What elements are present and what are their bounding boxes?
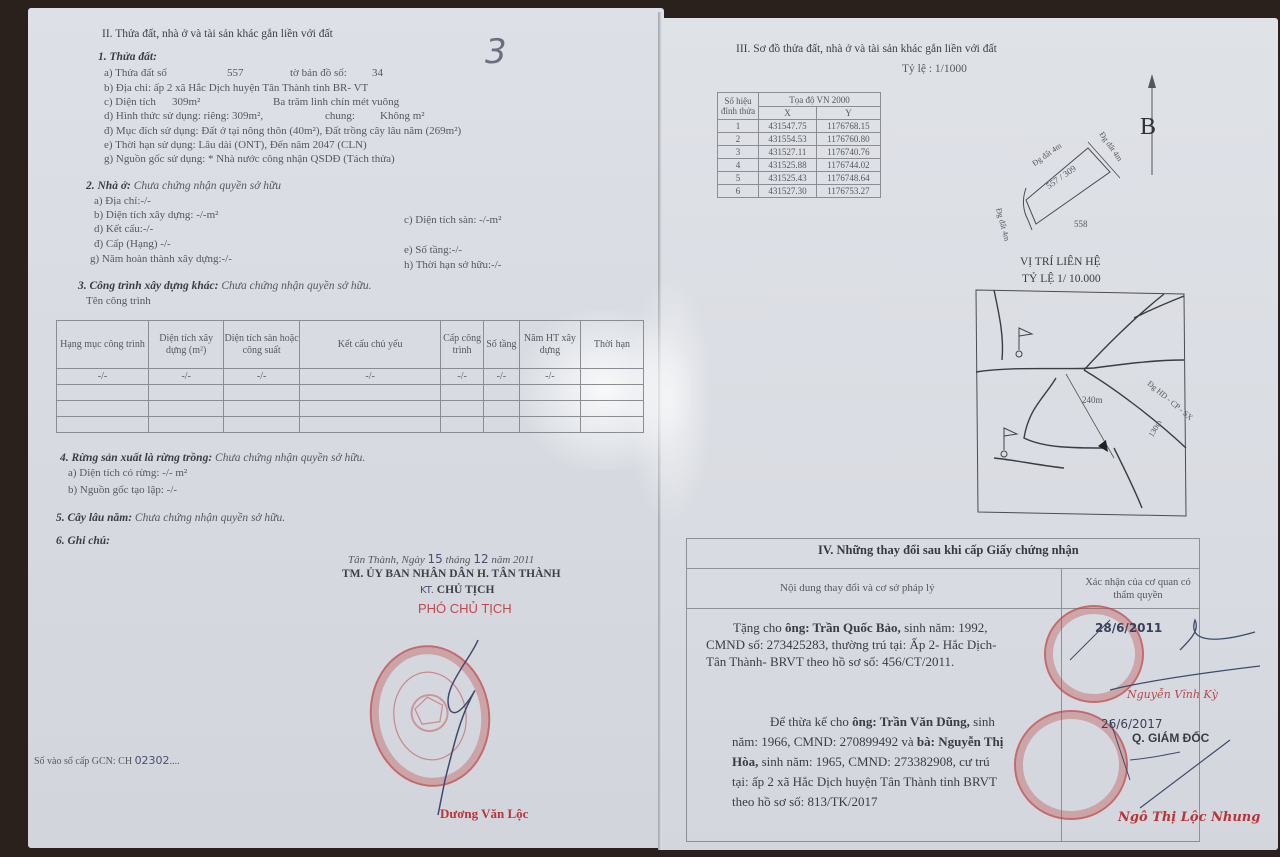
table-cell — [148, 401, 223, 417]
location-map-title: VỊ TRÍ LIÊN HỆ — [1020, 256, 1101, 268]
table-row: 2431554.531176760.80 — [718, 133, 881, 146]
forest-status: Chưa chứng nhận quyền sở hữu. — [215, 452, 365, 464]
table-cell — [580, 385, 643, 401]
table-cell — [483, 401, 519, 417]
table-cell — [299, 385, 441, 401]
col-header: Thời hạn — [580, 321, 643, 369]
change-entry-1-line2: CMND số: 273425283, thường trú tại: Ấp 2… — [706, 637, 997, 653]
signature-org: TM. ỦY BAN NHÂN DÂN H. TÂN THÀNH — [342, 568, 561, 580]
col-header: Diện tích xây dựng (m²) — [148, 321, 223, 369]
coordinate-table: Số hiệu đỉnh thửa Tọa độ VN 2000 X Y 143… — [717, 92, 881, 198]
change-entry-2-line3: Hòa, sinh năm: 1965, CMND: 273382908, cư… — [732, 754, 990, 770]
signature-day: 15 — [427, 552, 442, 566]
table-cell — [299, 417, 441, 433]
col-header: Hạng mục công trình — [57, 321, 149, 369]
col-header: Số tầng — [483, 321, 519, 369]
table-row: 1431547.751176768.15 — [718, 120, 881, 133]
table-cell — [441, 417, 483, 433]
section-ii-title: II. Thửa đất, nhà ở và tài sản khác gắn … — [102, 28, 333, 40]
land-term: e) Thời hạn sử dụng: Lâu dài (ONT), Đến … — [104, 139, 367, 151]
coord-x: 431527.30 — [759, 185, 817, 198]
forest-section: 4. Rừng sản xuất là rừng trồng: Chưa chứ… — [60, 452, 365, 464]
table-cell — [299, 401, 441, 417]
table-cell — [148, 417, 223, 433]
forest-heading: 4. Rừng sản xuất là rừng trồng: — [60, 452, 212, 464]
signature-year: năm 2011 — [491, 554, 534, 566]
forest-area: a) Diện tích có rừng: -/- m² — [68, 467, 187, 479]
signature-month-label: tháng — [446, 554, 471, 566]
col-header-point: Số hiệu đỉnh thửa — [718, 93, 759, 120]
col-header: Năm HT xây dựng — [519, 321, 580, 369]
land-area-words: Ba trăm linh chín mét vuông — [273, 96, 399, 108]
land-purpose: đ) Mục đích sử dụng: Đất ở tại nông thôn… — [104, 125, 461, 137]
table-cell: -/- — [57, 369, 149, 385]
perennial-section: 5. Cây lâu năm: Chưa chứng nhận quyền sở… — [56, 512, 285, 524]
coord-y: 1176744.02 — [816, 159, 880, 172]
forest-origin: b) Nguồn gốc tạo lập: -/- — [68, 484, 177, 496]
change-entry-1-line3: Tân Thành- BRVT theo hồ sơ số: 456/CT/20… — [706, 654, 954, 670]
changes-title: IV. Những thay đổi sau khi cấp Giấy chứn… — [818, 543, 1079, 558]
house-floors: e) Số tầng:-/- — [404, 244, 462, 256]
table-row: 5431525.431176748.64 — [718, 172, 881, 185]
coord-x: 431547.75 — [759, 120, 817, 133]
notes-heading: 6. Ghi chú: — [56, 535, 110, 547]
signer-name: Dương Văn Lộc — [440, 806, 528, 822]
change-entry-2-line5: theo hồ sơ số: 813/TK/2017 — [732, 794, 878, 810]
perennial-status: Chưa chứng nhận quyền sở hữu. — [135, 512, 285, 524]
table-cell — [224, 385, 299, 401]
table-row — [57, 385, 644, 401]
registry-number: Số vào sổ cấp GCN: CH 02302.... — [34, 754, 180, 767]
table-row: -/- -/- -/- -/- -/- -/- -/- — [57, 369, 644, 385]
registry-value: 02302 — [135, 754, 170, 767]
land-parcel-label: a) Thửa đất số — [104, 67, 167, 79]
land-heading: 1. Thửa đất: — [98, 51, 157, 63]
land-usage-shared-value: Không m² — [380, 110, 425, 122]
point-id: 3 — [718, 146, 759, 159]
point-id: 6 — [718, 185, 759, 198]
registry-label: Số vào sổ cấp GCN: CH — [34, 756, 132, 767]
table-row — [57, 417, 644, 433]
table-cell — [441, 401, 483, 417]
changes-col-content: Nội dung thay đổi và cơ sở pháp lý — [780, 582, 935, 594]
land-parcel-number: 557 — [227, 67, 244, 79]
signature-sub-role: PHÓ CHỦ TỊCH — [418, 601, 512, 616]
table-cell — [441, 385, 483, 401]
table-row: 6431527.301176753.27 — [718, 185, 881, 198]
handwritten-page-mark: 3 — [485, 32, 507, 72]
col-header-y: Y — [816, 107, 880, 120]
point-id: 1 — [718, 120, 759, 133]
coord-x: 431525.88 — [759, 159, 817, 172]
table-cell — [519, 401, 580, 417]
construction-table: Hạng mục công trình Diện tích xây dựng (… — [56, 320, 644, 433]
house-floor-area: c) Diện tích sàn: -/-m² — [404, 214, 501, 226]
construction-heading: 3. Công trình xây dựng khác: — [78, 280, 218, 292]
table-cell: -/- — [224, 369, 299, 385]
col-header-system: Tọa độ VN 2000 — [759, 93, 881, 107]
coord-x: 431525.43 — [759, 172, 817, 185]
table-row: 4431525.881176744.02 — [718, 159, 881, 172]
land-origin: g) Nguồn gốc sử dụng: * Nhà nước công nh… — [104, 153, 395, 165]
col-header: Cấp công trình — [441, 321, 483, 369]
signature-date: Tân Thành, Ngày 15 tháng 12 năm 2011 — [348, 552, 534, 566]
perennial-heading: 5. Cây lâu năm: — [56, 512, 132, 524]
col-header: Diện tích sàn hoặc công suất — [224, 321, 299, 369]
signature-role-title: CHỦ TỊCH — [437, 584, 495, 596]
house-section: 2. Nhà ở: Chưa chứng nhận quyền sở hữu — [86, 180, 281, 192]
table-cell: -/- — [483, 369, 519, 385]
parcel-marker-icon — [1098, 440, 1108, 452]
table-cell — [224, 417, 299, 433]
house-build-area: b) Diện tích xây dựng: -/-m² — [94, 209, 218, 221]
table-cell — [57, 401, 149, 417]
signature-scribble-icon — [1100, 700, 1240, 810]
table-cell: -/- — [441, 369, 483, 385]
coord-y: 1176753.27 — [816, 185, 880, 198]
table-cell — [483, 417, 519, 433]
confirm-signer-2: Ngô Thị Lộc Nhung — [1118, 810, 1260, 825]
land-area-value: 309m² — [172, 96, 200, 108]
land-map-number: 34 — [372, 67, 383, 79]
coord-y: 1176768.15 — [816, 120, 880, 133]
sketch-scale: Tỷ lệ : 1/1000 — [902, 63, 967, 75]
coord-x: 431554.53 — [759, 133, 817, 146]
house-address: a) Địa chỉ:-/- — [94, 195, 151, 207]
construction-name-label: Tên công trình — [86, 295, 151, 307]
change-entry-2-line1: Để thừa kế cho ông: Trần Văn Dũng, sinh — [770, 714, 995, 730]
table-cell — [483, 385, 519, 401]
land-address: b) Địa chỉ: ấp 2 xã Hắc Dịch huyện Tân T… — [104, 82, 368, 94]
table-cell — [519, 385, 580, 401]
signature-place: Tân Thành, Ngày — [348, 554, 425, 566]
house-heading: 2. Nhà ở: — [86, 180, 131, 192]
land-usage-shared-label: chung: — [325, 110, 355, 122]
changes-col-confirm: Xác nhận của cơ quan có thẩm quyền — [1082, 576, 1194, 602]
construction-section: 3. Công trình xây dựng khác: Chưa chứng … — [78, 280, 372, 292]
col-header: Kết cấu chủ yếu — [299, 321, 441, 369]
house-completion-year: g) Năm hoàn thành xây dựng:-/- — [90, 253, 232, 265]
house-ownership-term: h) Thời hạn sở hữu:-/- — [404, 259, 501, 271]
change-entry-2-line4: tại: ấp 2 xã Hắc Dịch huyện Tân Thành tỉ… — [732, 774, 997, 790]
coord-x: 431527.11 — [759, 146, 817, 159]
change-entry-1-line1: Tặng cho ông: Trần Quốc Bảo, sinh năm: 1… — [733, 620, 987, 636]
table-cell — [57, 417, 149, 433]
table-cell: -/- — [299, 369, 441, 385]
table-cell: -/- — [519, 369, 580, 385]
coord-y: 1176748.64 — [816, 172, 880, 185]
table-row: 3431527.111176740.76 — [718, 146, 881, 159]
construction-status: Chưa chứng nhận quyền sở hữu. — [221, 280, 371, 292]
point-id: 4 — [718, 159, 759, 172]
section-iii-title: III. Sơ đồ thửa đất, nhà ở và tài sản kh… — [736, 43, 997, 55]
signature-role: KT. CHỦ TỊCH — [420, 584, 494, 596]
coord-y: 1176760.80 — [816, 133, 880, 146]
house-structure: d) Kết cấu:-/- — [94, 223, 153, 235]
table-row — [57, 401, 644, 417]
signature-role-prefix: KT. — [420, 585, 434, 596]
table-cell: -/- — [148, 369, 223, 385]
land-area-label: c) Diện tích — [104, 96, 156, 108]
north-label: B — [1140, 114, 1156, 141]
table-cell — [580, 417, 643, 433]
coord-y: 1176740.76 — [816, 146, 880, 159]
signature-scribble-icon — [400, 630, 500, 820]
table-cell — [580, 369, 643, 385]
signature-month: 12 — [473, 552, 488, 566]
construction-table-header: Hạng mục công trình Diện tích xây dựng (… — [57, 321, 644, 369]
land-map-label: tờ bản đồ số: — [290, 67, 347, 79]
table-cell — [224, 401, 299, 417]
house-status: Chưa chứng nhận quyền sở hữu — [134, 180, 281, 192]
neighbor-parcel-label: 558 — [1074, 219, 1088, 229]
col-header-x: X — [759, 107, 817, 120]
point-id: 2 — [718, 133, 759, 146]
land-usage-form: d) Hình thức sử dụng: riêng: 309m², — [104, 110, 263, 122]
table-cell — [148, 385, 223, 401]
point-id: 5 — [718, 172, 759, 185]
table-cell — [519, 417, 580, 433]
table-cell — [580, 401, 643, 417]
change-entry-2-line2: năm: 1966, CMND: 270899492 và bà: Nguyễn… — [732, 734, 1003, 750]
distance-label: 240m — [1082, 395, 1103, 405]
location-map-scale: TỶ LỆ 1/ 10.000 — [1022, 273, 1101, 285]
table-cell — [57, 385, 149, 401]
house-grade: đ) Cấp (Hạng) -/- — [94, 238, 171, 250]
